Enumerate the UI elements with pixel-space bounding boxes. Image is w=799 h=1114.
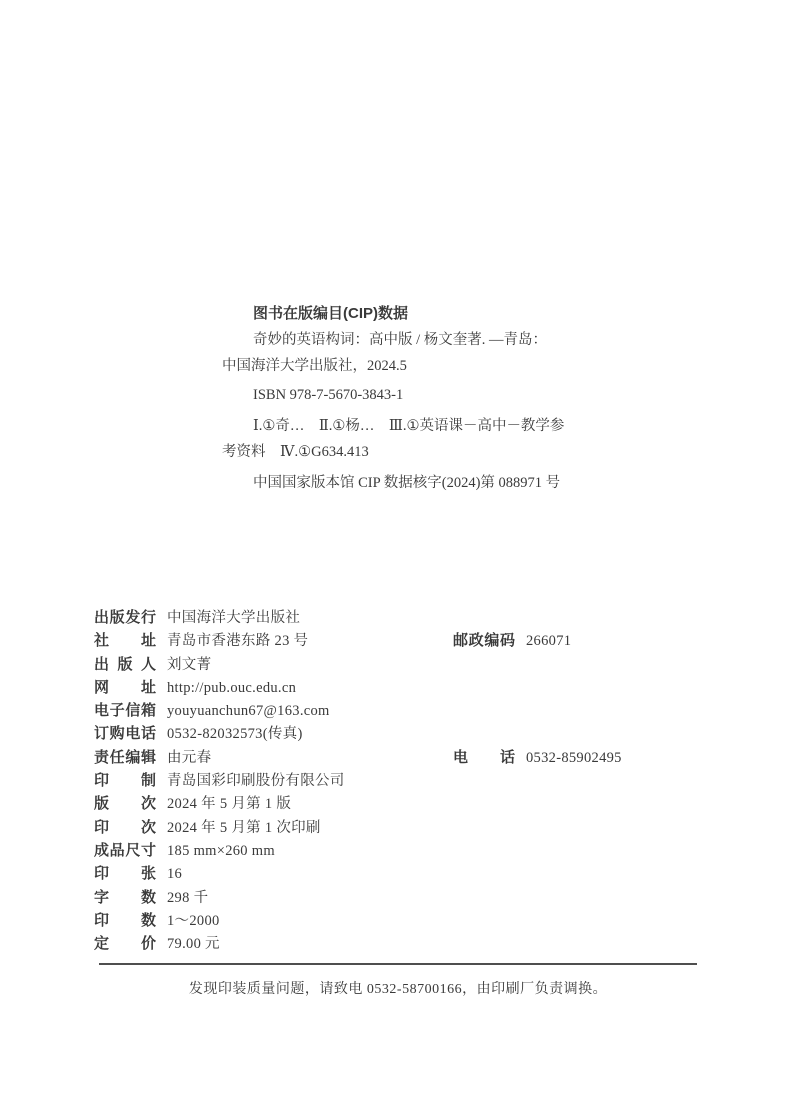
pub-row-label: 印制 (94, 769, 156, 792)
pub-row-value: 青岛国彩印刷股份有限公司 (167, 773, 345, 789)
pub-row-label: 定价 (94, 932, 156, 955)
table-row: 版次2024 年 5 月第 1 版 (94, 792, 708, 815)
pub-row-value: http://pub.ouc.edu.cn (167, 680, 296, 696)
pub-row-label: 社址 (94, 629, 156, 652)
pub-row-value: 刘文菁 (167, 657, 211, 673)
pub-row-value: 2024 年 5 月第 1 次印刷 (167, 820, 321, 836)
pub-row-value: 79.00 元 (167, 936, 220, 952)
pub-row-value: 青岛市香港东路 23 号 (167, 633, 308, 649)
phone-value: 0532-85902495 (526, 750, 622, 766)
cip-block: 图书在版编目(CIP)数据 奇妙的英语构词：高中版 / 杨文奎著. —青岛： 中… (222, 301, 642, 496)
pub-row-label: 版次 (94, 792, 156, 815)
table-row: 印制青岛国彩印刷股份有限公司 (94, 769, 708, 792)
pub-row-value: 2024 年 5 月第 1 版 (167, 796, 291, 812)
phone-field: 电话0532-85902495 (453, 746, 622, 770)
pub-row-value: 16 (167, 866, 182, 882)
copyright-page: { "page": { "background": "#ffffff", "te… (0, 0, 799, 1114)
pub-row-value: youyuanchun67@163.com (167, 703, 330, 719)
table-row: 网址http://pub.ouc.edu.cn (94, 676, 708, 699)
pub-row-value: 由元春 (167, 750, 211, 766)
cip-title-line1: 奇妙的英语构词：高中版 / 杨文奎著. —青岛： (222, 327, 642, 353)
postcode-label: 邮政编码 (453, 629, 515, 652)
pub-row-label: 印数 (94, 909, 156, 932)
cip-record-number: 中国国家版本馆 CIP 数据核字(2024)第 088971 号 (222, 470, 642, 496)
pub-row-label: 印张 (94, 862, 156, 885)
pub-row-value: 0532-82032573(传真) (167, 726, 303, 742)
pub-row-value: 185 mm×260 mm (167, 843, 275, 859)
pub-row-label: 成品尺寸 (94, 839, 156, 862)
pub-row-label: 印次 (94, 816, 156, 839)
pub-row-label: 字数 (94, 886, 156, 909)
table-row: 字数298 千 (94, 886, 708, 909)
cip-header: 图书在版编目(CIP)数据 (222, 301, 642, 327)
postcode-field: 邮政编码266071 (453, 629, 571, 653)
pub-row-label: 责任编辑 (94, 746, 156, 769)
table-row: 社址青岛市香港东路 23 号 邮政编码266071 (94, 629, 708, 652)
cip-isbn: ISBN 978-7-5670-3843-1 (222, 382, 642, 408)
table-row: 成品尺寸185 mm×260 mm (94, 839, 708, 862)
cip-title-line2: 中国海洋大学出版社，2024.5 (222, 353, 642, 379)
pub-row-label: 出版发行 (94, 606, 156, 629)
table-row: 定价79.00 元 (94, 932, 708, 955)
table-row: 责任编辑由元春 电话0532-85902495 (94, 746, 708, 769)
pub-row-value: 1～2000 (167, 913, 220, 929)
table-row: 印数1～2000 (94, 909, 708, 932)
cip-classification-line1: Ⅰ.①奇… Ⅱ.①杨… Ⅲ.①英语课－高中－教学参 (222, 413, 642, 439)
postcode-value: 266071 (526, 633, 571, 649)
footer-divider (99, 963, 697, 965)
quality-notice: 发现印装质量问题，请致电 0532-58700166，由印刷厂负责调换。 (99, 978, 697, 998)
pub-row-value: 中国海洋大学出版社 (167, 610, 300, 626)
table-row: 印次2024 年 5 月第 1 次印刷 (94, 816, 708, 839)
cip-classification-line2: 考资料 Ⅳ.①G634.413 (222, 439, 642, 465)
pub-row-value: 298 千 (167, 890, 208, 906)
table-row: 电子信箱youyuanchun67@163.com (94, 699, 708, 722)
pub-row-label: 订购电话 (94, 722, 156, 745)
pub-row-label: 出版人 (94, 653, 156, 676)
pub-row-label: 网址 (94, 676, 156, 699)
table-row: 出版发行中国海洋大学出版社 (94, 606, 708, 629)
pub-row-label: 电子信箱 (94, 699, 156, 722)
publication-info: 出版发行中国海洋大学出版社 社址青岛市香港东路 23 号 邮政编码266071 … (94, 606, 708, 955)
table-row: 订购电话0532-82032573(传真) (94, 722, 708, 745)
table-row: 出版人刘文菁 (94, 653, 708, 676)
phone-label: 电话 (453, 746, 515, 769)
table-row: 印张16 (94, 862, 708, 885)
